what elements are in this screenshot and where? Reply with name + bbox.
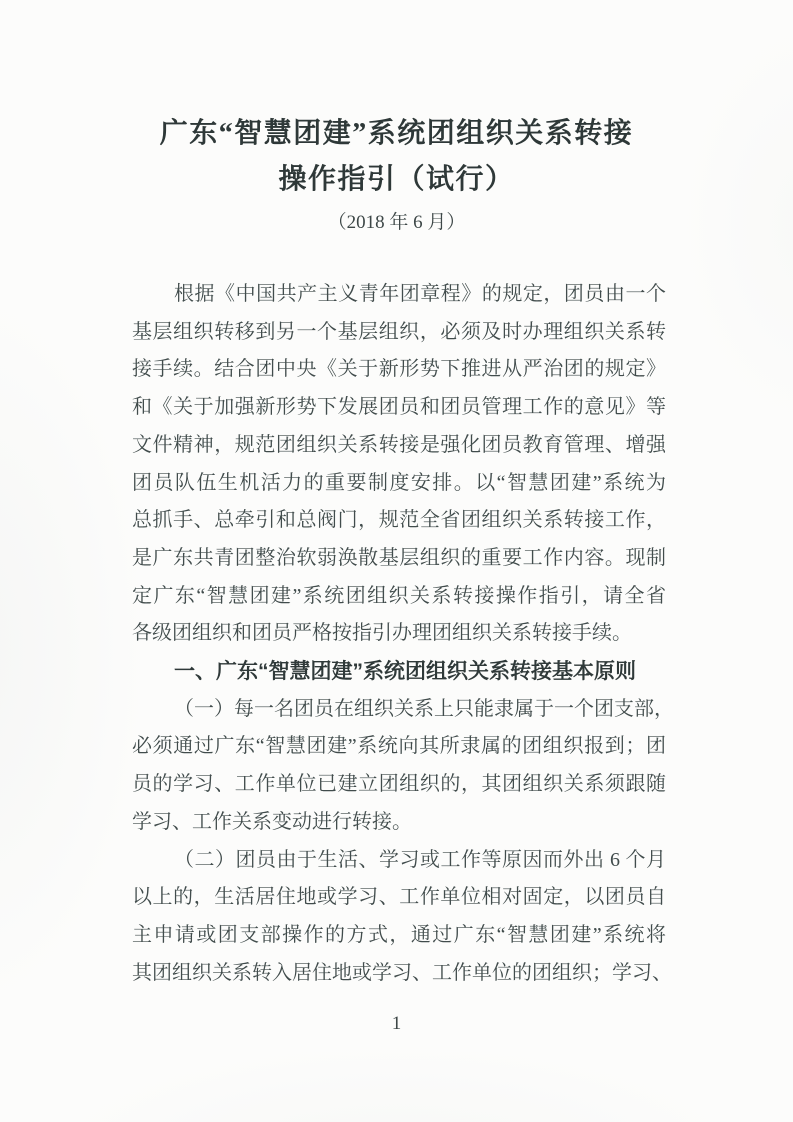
body-line: （一）每一名团员在组织关系上只能隶属于一个团支部， [132, 691, 666, 729]
body-line: 员的学习、工作单位已建立团组织的，其团组织关系须跟随 [132, 766, 666, 804]
body-line: 必须通过广东“智慧团建”系统向其所隶属的团组织报到；团 [132, 728, 666, 766]
body-line: 主申请或团支部操作的方式，通过广东“智慧团建”系统将 [132, 917, 666, 955]
body-line: 和《关于加强新形势下发展团员和团员管理工作的意见》等 [132, 389, 666, 427]
document-title-line2: 操作指引（试行） [0, 160, 793, 200]
body-line: 学习、工作关系变动进行转接。 [132, 804, 666, 842]
body-line: 各级团组织和团员严格按指引办理团组织关系转接手续。 [132, 615, 666, 653]
body-line: 接手续。结合团中央《关于新形势下推进从严治团的规定》 [132, 351, 666, 389]
body-line: 文件精神，规范团组织关系转接是强化团员教育管理、增强 [132, 427, 666, 465]
body-line: 总抓手、总牵引和总阀门，规范全省团组织关系转接工作， [132, 502, 666, 540]
body-line: 是广东共青团整治软弱涣散基层组织的重要工作内容。现制 [132, 540, 666, 578]
body-line: 基层组织转移到另一个基层组织，必须及时办理组织关系转 [132, 314, 666, 352]
body-line: 其团组织关系转入居住地或学习、工作单位的团组织；学习、 [132, 955, 666, 993]
body-line: 以上的，生活居住地或学习、工作单位相对固定，以团员自 [132, 879, 666, 917]
body-line: 定广东“智慧团建”系统团组织关系转接操作指引，请全省 [132, 578, 666, 616]
document-page: 广东“智慧团建”系统团组织关系转接 操作指引（试行） （2018 年 6 月） … [0, 0, 793, 1122]
body-line: 团员队伍生机活力的重要制度安排。以“智慧团建”系统为 [132, 465, 666, 503]
document-body: 根据《中国共产主义青年团章程》的规定，团员由一个基层组织转移到另一个基层组织，必… [132, 276, 666, 992]
section-heading: 一、广东“智慧团建”系统团组织关系转接基本原则 [132, 653, 666, 691]
body-line: 根据《中国共产主义青年团章程》的规定，团员由一个 [132, 276, 666, 314]
body-line: （二）团员由于生活、学习或工作等原因而外出 6 个月 [132, 842, 666, 880]
page-number: 1 [0, 1013, 793, 1035]
document-title-line1: 广东“智慧团建”系统团组织关系转接 [0, 114, 793, 154]
document-date: （2018 年 6 月） [0, 208, 793, 238]
